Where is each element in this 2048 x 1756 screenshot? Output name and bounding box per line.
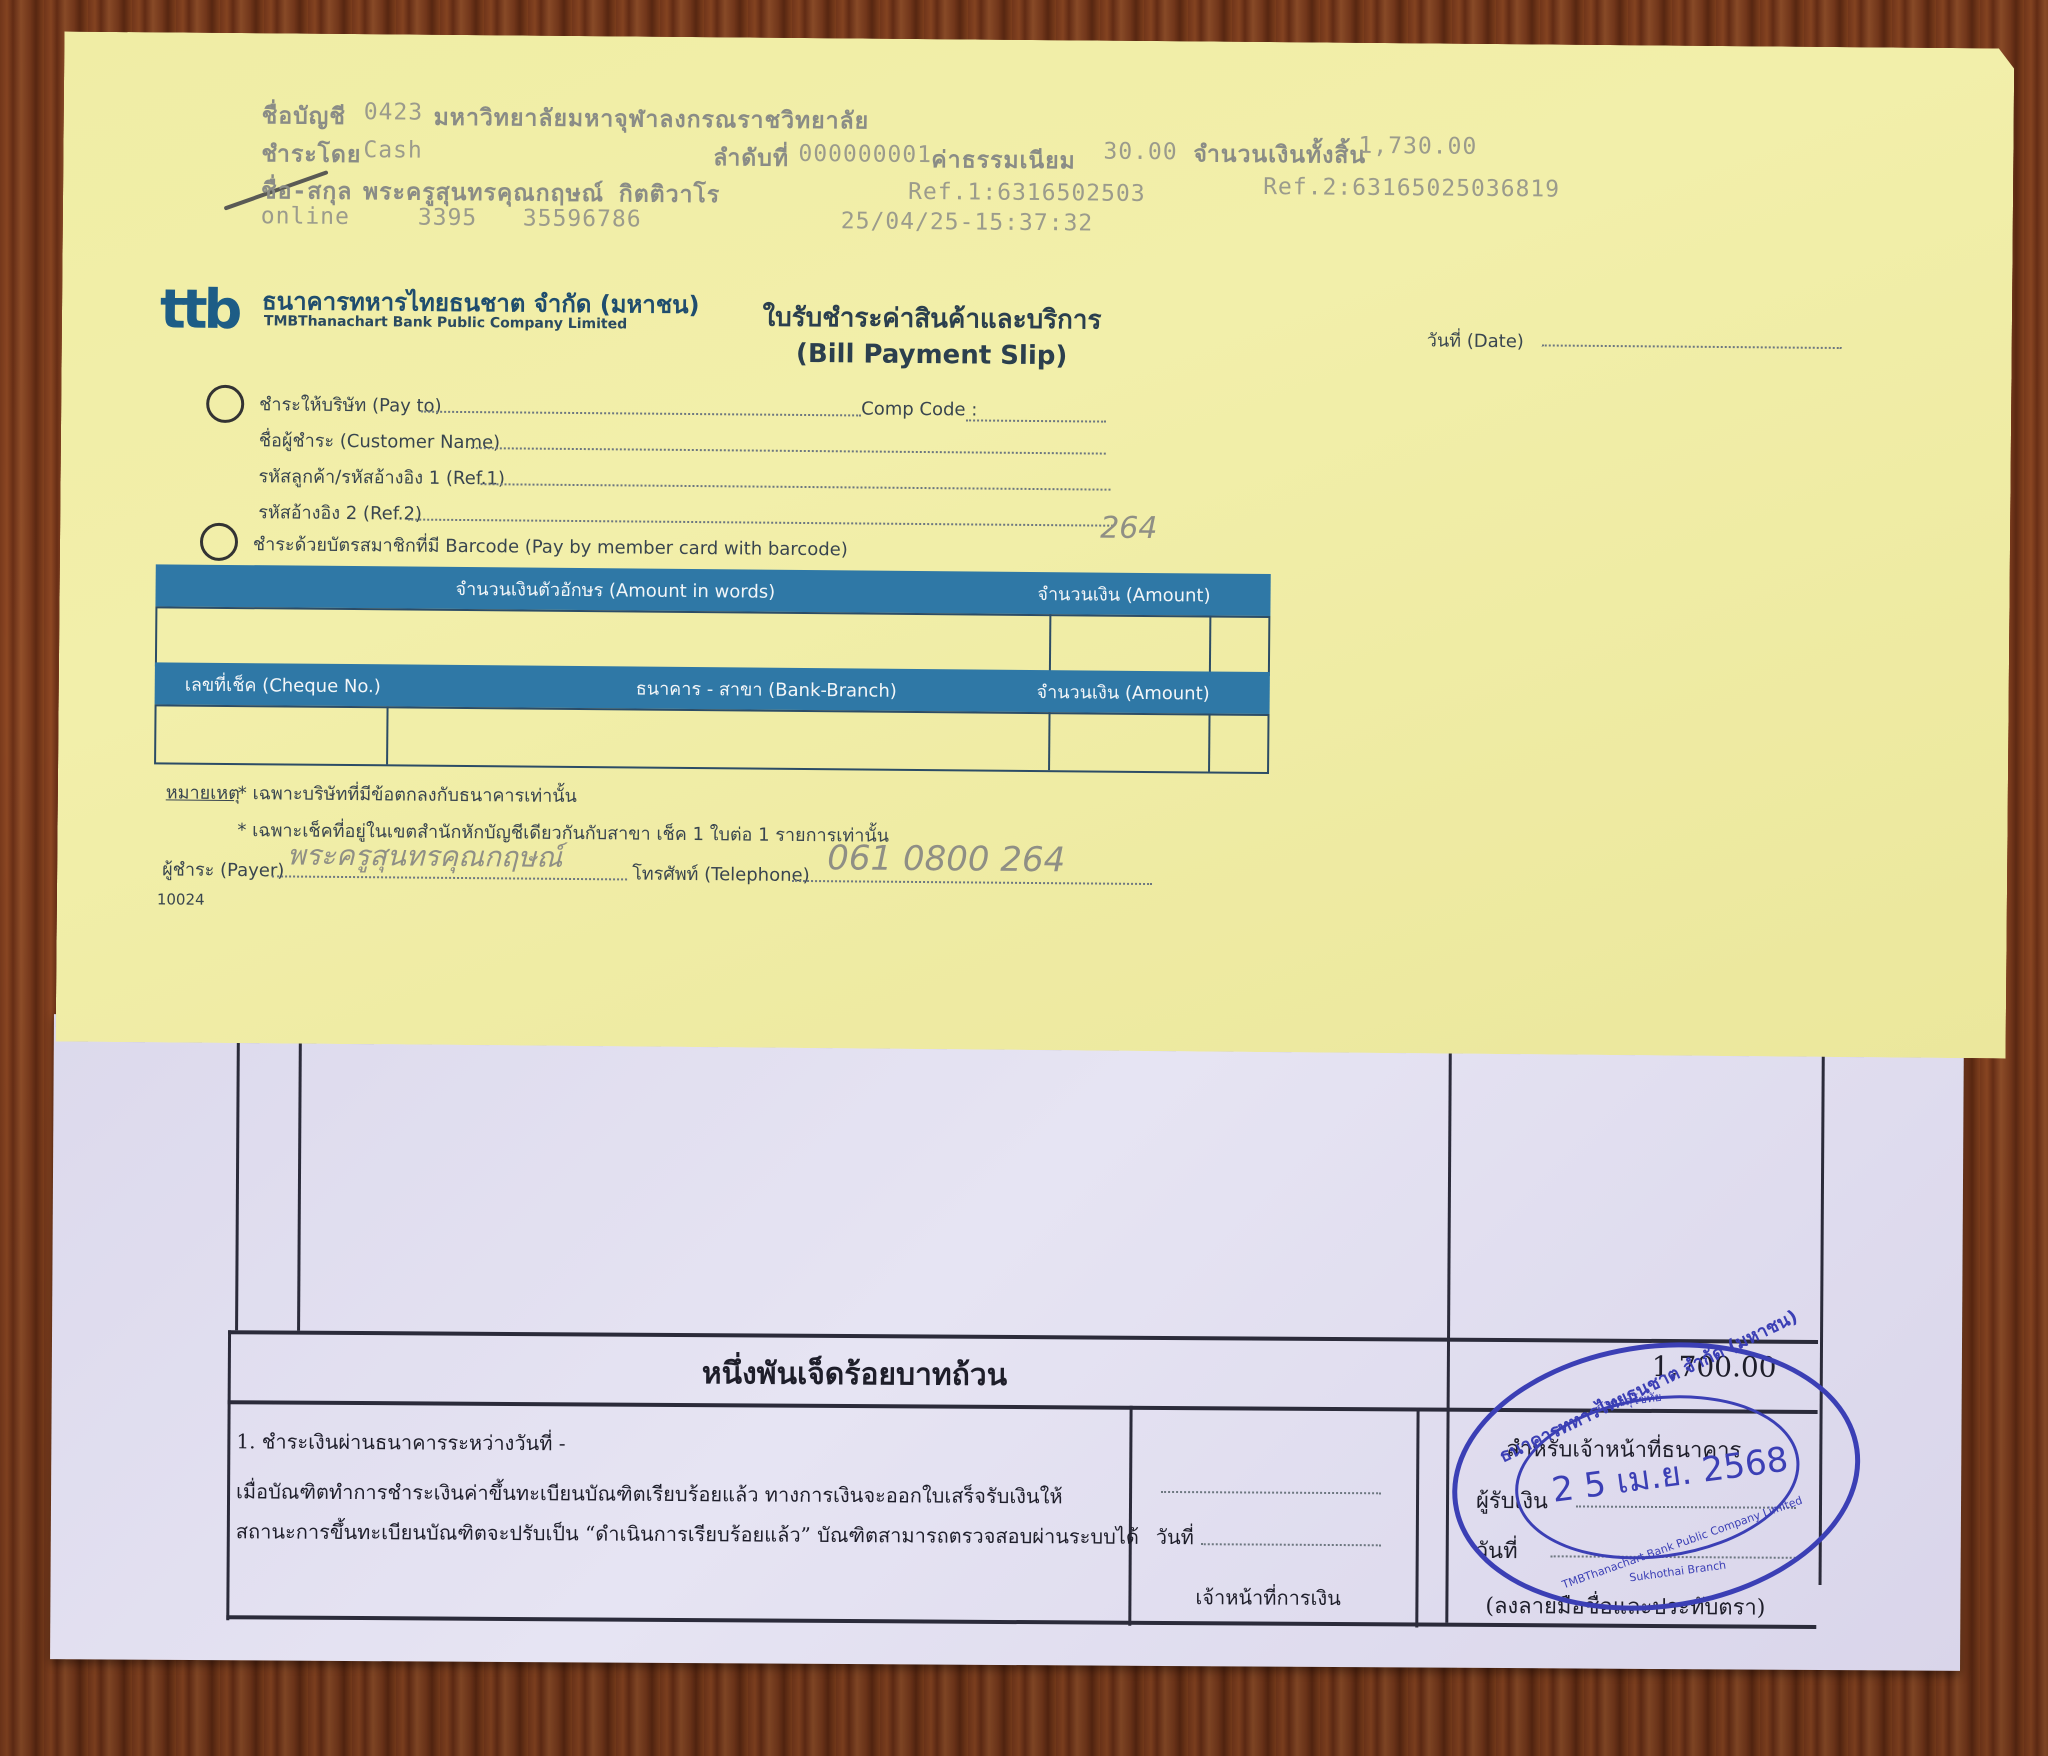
remark-label: หมายเหตุ: [166, 777, 240, 807]
pay-by-value: Cash: [363, 137, 423, 164]
ref2-printed: Ref.2:63165025036819: [1263, 174, 1560, 203]
ref1-printed: Ref.1:6316502503: [908, 179, 1146, 207]
table-border: [1445, 1023, 1452, 1623]
fee-value: 30.00: [1103, 139, 1177, 166]
table-border: [235, 1015, 240, 1330]
payer-handwritten: พระครูสุนทรคุณกฤษณ์: [287, 833, 562, 879]
date-label: วันที่ (Date): [1427, 325, 1524, 355]
payment-note-1: 1. ชำระเงินผ่านธนาคารระหว่างวันที่ -: [236, 1425, 565, 1459]
telephone-handwritten: 061 0800 264: [827, 838, 1065, 880]
amount-header-2: จำนวนเงิน (Amount): [1036, 677, 1209, 708]
amount-in-words: หนึ่งพันเจ็ดร้อยบาทถ้วน: [702, 1350, 1008, 1399]
total-label: จำนวนเงินทั้งสิ้น: [1193, 136, 1366, 174]
table-border: [228, 1330, 1818, 1344]
fee-label: ค่าธรรมเนียม: [931, 142, 1076, 179]
ref2-label: รหัสอ้างอิง 2 (Ref.2): [258, 497, 422, 527]
cheque-header: เลขที่เช็ค (Cheque No.): [185, 669, 381, 700]
telephone-label: โทรศัพท์ (Telephone): [632, 858, 810, 889]
pay-by-label: ชำระโดย: [261, 136, 361, 173]
sequence-value: 000000001: [798, 141, 932, 168]
telephone-field[interactable]: [792, 880, 1152, 885]
table-border: [226, 1330, 231, 1620]
cheque-row[interactable]: [154, 704, 1269, 774]
cashier-label: เจ้าหน้าที่การเงิน: [1195, 1581, 1341, 1614]
slip-title: ใบรับชำระค่าสินค้าและบริการ (Bill Paymen…: [742, 299, 1123, 374]
bill-payment-slip: ชื่อบัญชี 0423 มหาวิทยาลัยมหาจุฬาลงกรณรา…: [56, 32, 2015, 1059]
pay-to-field[interactable]: [421, 411, 861, 417]
total-value: 1,730.00: [1358, 133, 1477, 160]
registration-invoice-sheet: หนึ่งพันเจ็ดร้อยบาทถ้วน 1,700.00 1. ชำระ…: [50, 1014, 1964, 1671]
date-line: [1201, 1543, 1381, 1546]
account-name: มหาวิทยาลัยมหาจุฬาลงกรณราชวิทยาลัย: [434, 100, 870, 140]
pay-to-label: ชำระให้บริษัท (Pay to): [259, 389, 442, 420]
amount-words-header: จำนวนเงินตัวอักษร (Amount in words): [455, 573, 775, 605]
date-label: วันที่: [1156, 1521, 1194, 1553]
ref2-handwritten: 264: [1100, 511, 1158, 546]
slip-title-th: ใบรับชำระค่าสินค้าและบริการ: [742, 299, 1122, 338]
date-field[interactable]: [1542, 344, 1842, 349]
ref1-field[interactable]: [481, 483, 1111, 490]
teller-code: 35596786: [523, 206, 642, 233]
pay-to-company-radio[interactable]: [206, 385, 244, 423]
table-border: [297, 1016, 302, 1331]
customer-name-field[interactable]: [471, 447, 1106, 455]
customer-name-label: ชื่อผู้ชำระ (Customer Name): [259, 425, 501, 456]
table-border: [1415, 1408, 1419, 1628]
ref1-label: รหัสลูกค้า/รหัสอ้างอิง 1 (Ref.1): [258, 461, 505, 492]
slip-title-en: (Bill Payment Slip): [742, 335, 1122, 374]
branch-code: 3395: [418, 205, 478, 232]
table-border: [1128, 1406, 1132, 1626]
bank-name-en: TMBThanachart Bank Public Company Limite…: [264, 313, 627, 332]
account-code: 0423: [364, 99, 424, 126]
sequence-label: ลำดับที่: [713, 140, 789, 177]
remark-1: * เฉพาะบริษัทที่มีข้อตกลงกับธนาคารเท่านั…: [238, 778, 577, 810]
payment-note-3: สถานะการขึ้นทะเบียนบัณฑิตจะปรับเป็น “ดำเ…: [236, 1515, 1139, 1553]
payment-note-2: เมื่อบัณฑิตทำการชำระเงินค่าขึ้นทะเบียนบั…: [236, 1475, 1063, 1512]
amount-header: จำนวนเงิน (Amount): [1037, 579, 1210, 610]
channel: online: [261, 203, 350, 230]
pay-by-barcode-radio[interactable]: [200, 523, 238, 561]
signature-line: [1161, 1491, 1381, 1494]
barcode-label: ชำระด้วยบัตรสมาชิกที่มี Barcode (Pay by …: [253, 529, 848, 563]
form-number: 10024: [157, 890, 205, 908]
ttb-logo: ttb: [160, 277, 239, 341]
comp-code-label: Comp Code :: [861, 398, 977, 420]
bank-branch-header: ธนาคาร - สาขา (Bank-Branch): [636, 673, 897, 704]
account-label: ชื่อบัญชี: [262, 98, 347, 135]
timestamp: 25/04/25-15:37:32: [841, 208, 1094, 236]
comp-code-field[interactable]: [966, 419, 1106, 422]
ref2-field[interactable]: [408, 519, 1113, 527]
payer-label: ผู้ชำระ (Payer): [162, 854, 284, 884]
